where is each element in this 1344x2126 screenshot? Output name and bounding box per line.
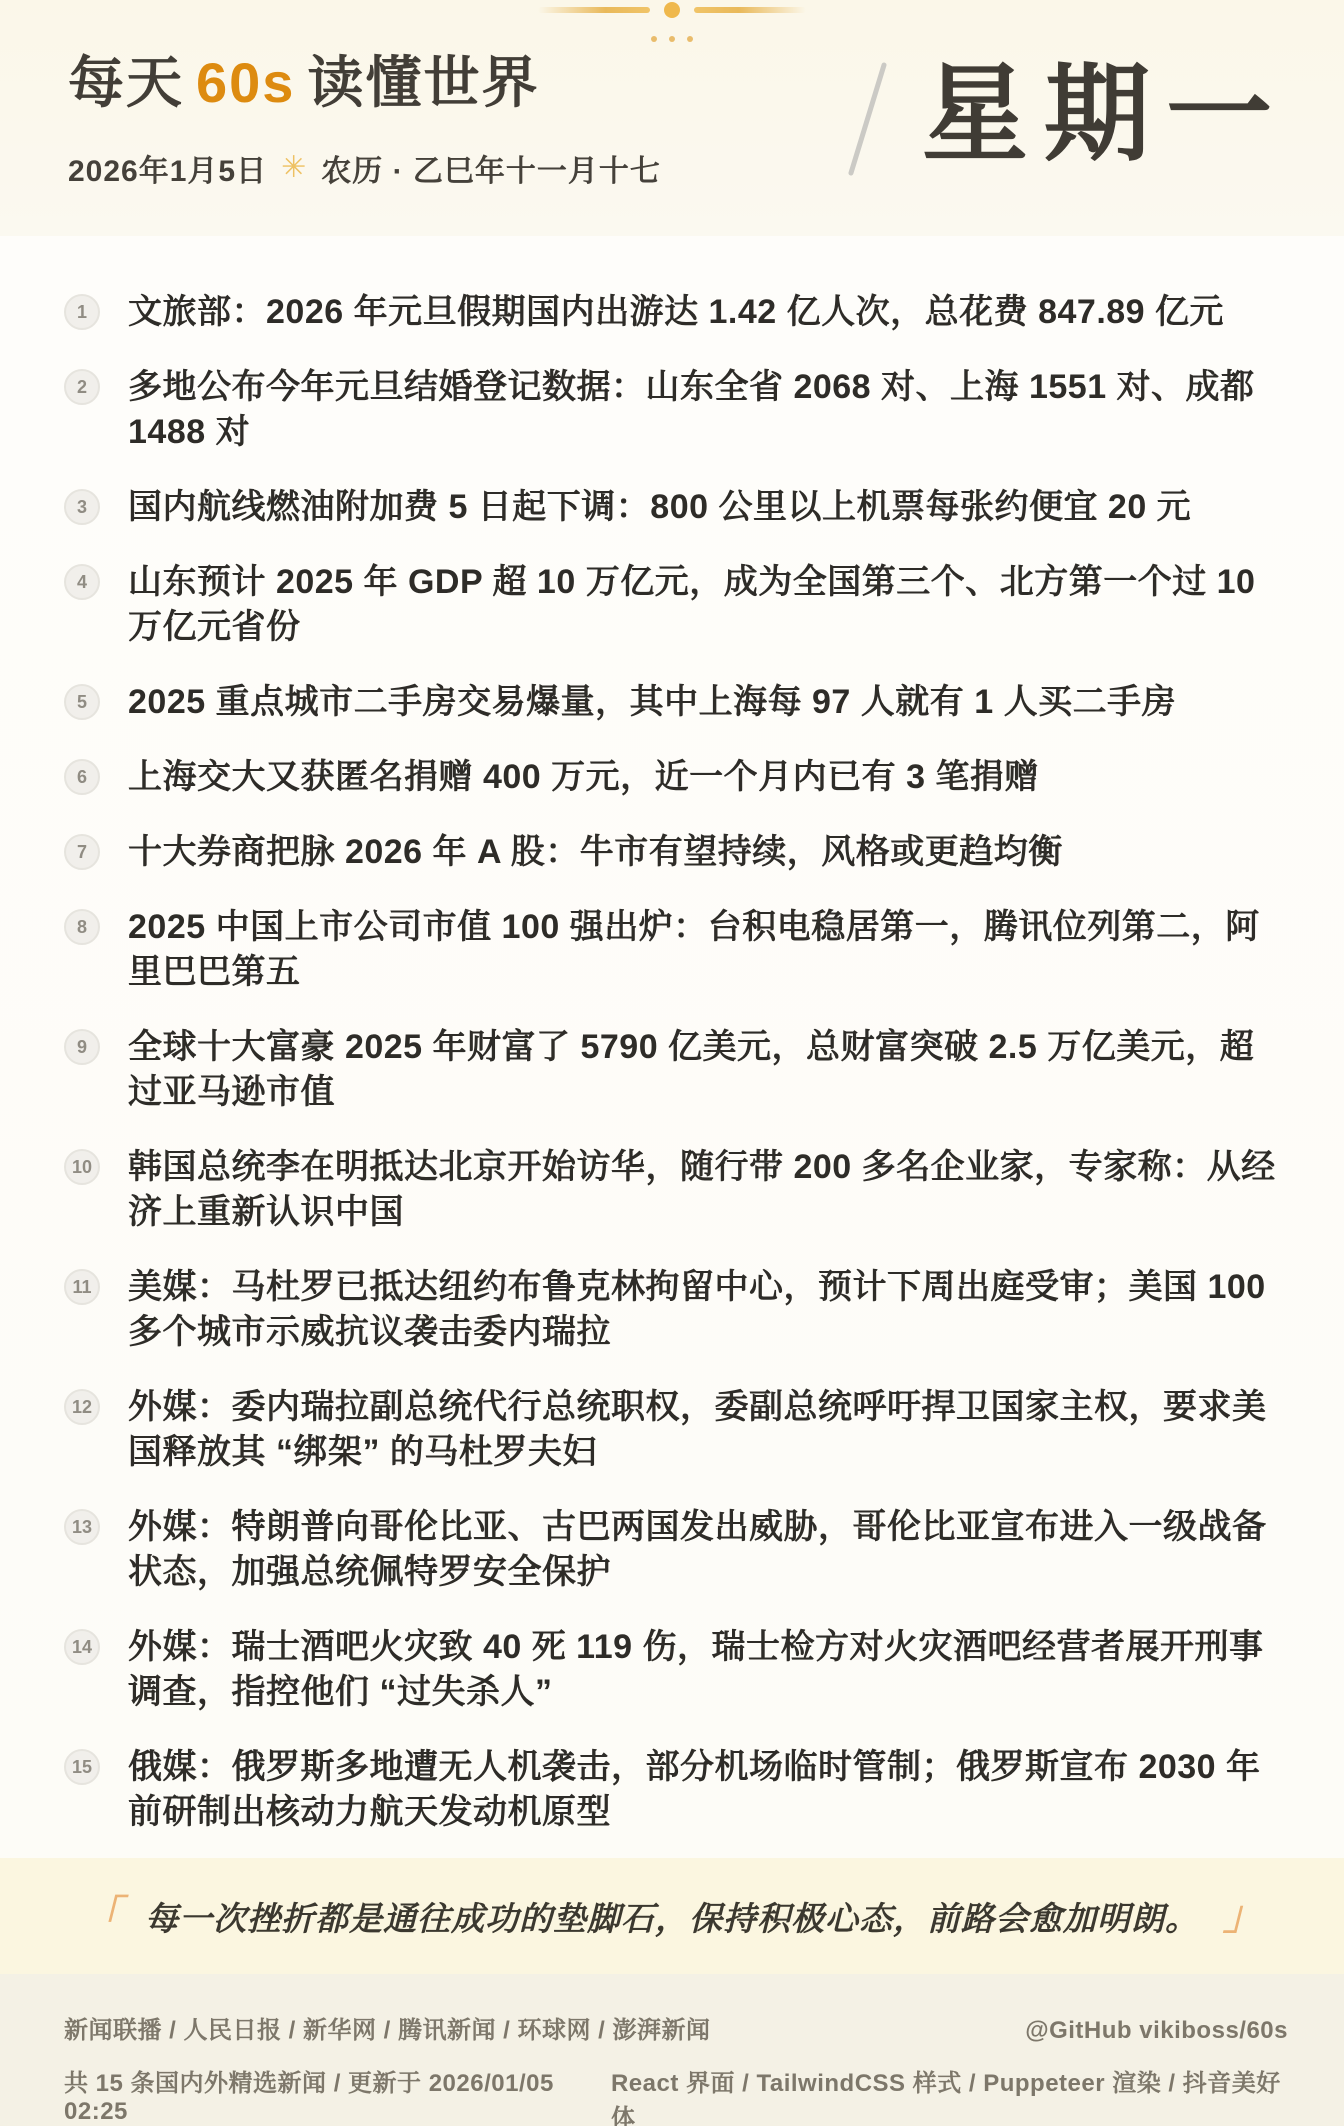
date-row: 2026年1月5日 ✳ 农历 · 乙巳年十一月十七: [68, 146, 661, 190]
news-item-text: 上海交大又获匿名捐赠 400 万元，近一个月内已有 3 笔捐赠: [128, 755, 1039, 800]
news-item-text: 十大券商把脉 2026 年 A 股：牛市有望持续，风格或更趋均衡: [128, 830, 1063, 875]
title-block: 每天60s读懂世界 2026年1月5日 ✳ 农历 · 乙巳年十一月十七: [68, 52, 661, 190]
footer-sources: 新闻联播 / 人民日报 / 新华网 / 腾讯新闻 / 环球网 / 澎湃新闻: [64, 2010, 711, 2045]
quote-text: 每一次挫折都是通往成功的垫脚石，保持积极心态，前路会愈加明朗。: [145, 1893, 1199, 1940]
news-item-number-badge: 7: [64, 834, 100, 870]
news-item: 8 2025 中国上市公司市值 100 强出炉：台积电稳居第一，腾讯位列第二，阿…: [64, 905, 1286, 995]
news-item-text: 2025 重点城市二手房交易爆量，其中上海每 97 人就有 1 人买二手房: [128, 680, 1176, 725]
news-item-number-badge: 4: [64, 564, 100, 600]
title-highlight-60s: 60s: [196, 51, 295, 114]
title-suffix: 读懂世界: [307, 51, 539, 114]
footer-tech: React 界面 / TailwindCSS 样式 / Puppeteer 渲染…: [611, 2063, 1288, 2126]
news-item-text: 美媒：马杜罗已抵达纽约布鲁克林拘留中心，预计下周出庭受审；美国 100 多个城市…: [128, 1265, 1286, 1355]
title-prefix: 每天: [68, 51, 184, 114]
news-item-number-badge: 10: [64, 1149, 100, 1185]
news-item: 2 多地公布今年元旦结婚登记数据：山东全省 2068 对、上海 1551 对、成…: [64, 365, 1286, 455]
news-item-number-badge: 3: [64, 489, 100, 525]
gregorian-date: 2026年1月5日: [68, 146, 267, 190]
news-item: 12 外媒：委内瑞拉副总统代行总统职权，委副总统呼吁捍卫国家主权，要求美国释放其…: [64, 1385, 1286, 1475]
news-item: 7 十大券商把脉 2026 年 A 股：牛市有望持续，风格或更趋均衡: [64, 830, 1286, 875]
news-item-text: 外媒：特朗普向哥伦比亚、古巴两国发出威胁，哥伦比亚宣布进入一级战备状态，加强总统…: [128, 1505, 1286, 1595]
news-item: 15 俄媒：俄罗斯多地遭无人机袭击，部分机场临时管制；俄罗斯宣布 2030 年前…: [64, 1745, 1286, 1835]
news-item: 3 国内航线燃油附加费 5 日起下调：800 公里以上机票每张约便宜 20 元: [64, 485, 1286, 530]
ornament-dot-icon: [664, 2, 680, 18]
news-item-number-badge: 2: [64, 369, 100, 405]
news-section: 1 文旅部：2026 年元旦假期国内出游达 1.42 亿人次，总花费 847.8…: [0, 236, 1344, 1858]
news-item-number-badge: 8: [64, 909, 100, 945]
ornament-line-right: [694, 7, 806, 13]
news-item: 6 上海交大又获匿名捐赠 400 万元，近一个月内已有 3 笔捐赠: [64, 755, 1286, 800]
news-item: 4 山东预计 2025 年 GDP 超 10 万亿元，成为全国第三个、北方第一个…: [64, 560, 1286, 650]
news-item-number-badge: 15: [64, 1749, 100, 1785]
news-item-number-badge: 13: [64, 1509, 100, 1545]
news-item-text: 全球十大富豪 2025 年财富了 5790 亿美元，总财富突破 2.5 万亿美元…: [128, 1025, 1286, 1115]
weekday-block: 星期一: [865, 54, 1288, 178]
news-item: 10 韩国总统李在明抵达北京开始访华，随行带 200 多名企业家，专家称：从经济…: [64, 1145, 1286, 1235]
weekday-label: 星期一: [922, 60, 1288, 171]
news-item-number-badge: 12: [64, 1389, 100, 1425]
news-item-number-badge: 9: [64, 1029, 100, 1065]
news-item-text: 多地公布今年元旦结婚登记数据：山东全省 2068 对、上海 1551 对、成都 …: [128, 365, 1286, 455]
news-item: 14 外媒：瑞士酒吧火灾致 40 死 119 伤，瑞士检方对火灾酒吧经营者展开刑…: [64, 1625, 1286, 1715]
footer-github: @GitHub vikiboss/60s: [1025, 2017, 1288, 2045]
news-item-text: 外媒：委内瑞拉副总统代行总统职权，委副总统呼吁捍卫国家主权，要求美国释放其 “绑…: [128, 1385, 1286, 1475]
quote-close-bracket: 」: [1223, 1896, 1263, 1936]
news-item: 5 2025 重点城市二手房交易爆量，其中上海每 97 人就有 1 人买二手房: [64, 680, 1286, 725]
news-item-text: 俄媒：俄罗斯多地遭无人机袭击，部分机场临时管制；俄罗斯宣布 2030 年前研制出…: [128, 1745, 1286, 1835]
news-item-number-badge: 14: [64, 1629, 100, 1665]
news-item-text: 山东预计 2025 年 GDP 超 10 万亿元，成为全国第三个、北方第一个过 …: [128, 560, 1286, 650]
ornament-mini-dots: [651, 36, 693, 42]
news-item-text: 韩国总统李在明抵达北京开始访华，随行带 200 多名企业家，专家称：从经济上重新…: [128, 1145, 1286, 1235]
page-title: 每天60s读懂世界: [68, 52, 661, 114]
news-item-text: 国内航线燃油附加费 5 日起下调：800 公里以上机票每张约便宜 20 元: [128, 485, 1191, 530]
footer: 新闻联播 / 人民日报 / 新华网 / 腾讯新闻 / 环球网 / 澎湃新闻 @G…: [0, 1974, 1344, 2126]
news-item-text: 2025 中国上市公司市值 100 强出炉：台积电稳居第一，腾讯位列第二，阿里巴…: [128, 905, 1286, 995]
header: 每天60s读懂世界 2026年1月5日 ✳ 农历 · 乙巳年十一月十七 星期一: [0, 0, 1344, 236]
lunar-date: 农历 · 乙巳年十一月十七: [321, 146, 661, 190]
quote-band: 「 每一次挫折都是通往成功的垫脚石，保持积极心态，前路会愈加明朗。 」: [0, 1858, 1344, 1974]
asterisk-flower-icon: ✳: [281, 153, 307, 183]
news-item-text: 文旅部：2026 年元旦假期国内出游达 1.42 亿人次，总花费 847.89 …: [128, 290, 1224, 335]
news-item: 9 全球十大富豪 2025 年财富了 5790 亿美元，总财富突破 2.5 万亿…: [64, 1025, 1286, 1115]
quote-open-bracket: 「: [81, 1896, 121, 1936]
news-item-number-badge: 11: [64, 1269, 100, 1305]
news-list: 1 文旅部：2026 年元旦假期国内出游达 1.42 亿人次，总花费 847.8…: [64, 290, 1286, 1835]
slash-divider: [848, 62, 887, 176]
news-item: 1 文旅部：2026 年元旦假期国内出游达 1.42 亿人次，总花费 847.8…: [64, 290, 1286, 335]
news-item-number-badge: 1: [64, 294, 100, 330]
news-item-number-badge: 6: [64, 759, 100, 795]
news-item: 13 外媒：特朗普向哥伦比亚、古巴两国发出威胁，哥伦比亚宣布进入一级战备状态，加…: [64, 1505, 1286, 1595]
footer-stats: 共 15 条国内外精选新闻 / 更新于 2026/01/05 02:25: [64, 2063, 611, 2126]
news-item-text: 外媒：瑞士酒吧火灾致 40 死 119 伤，瑞士检方对火灾酒吧经营者展开刑事调查…: [128, 1625, 1286, 1715]
ornament-line-left: [538, 7, 650, 13]
top-ornament-icon: [538, 0, 806, 42]
daily-news-poster: 每天60s读懂世界 2026年1月5日 ✳ 农历 · 乙巳年十一月十七 星期一 …: [0, 0, 1344, 2126]
news-item: 11 美媒：马杜罗已抵达纽约布鲁克林拘留中心，预计下周出庭受审；美国 100 多…: [64, 1265, 1286, 1355]
news-item-number-badge: 5: [64, 684, 100, 720]
